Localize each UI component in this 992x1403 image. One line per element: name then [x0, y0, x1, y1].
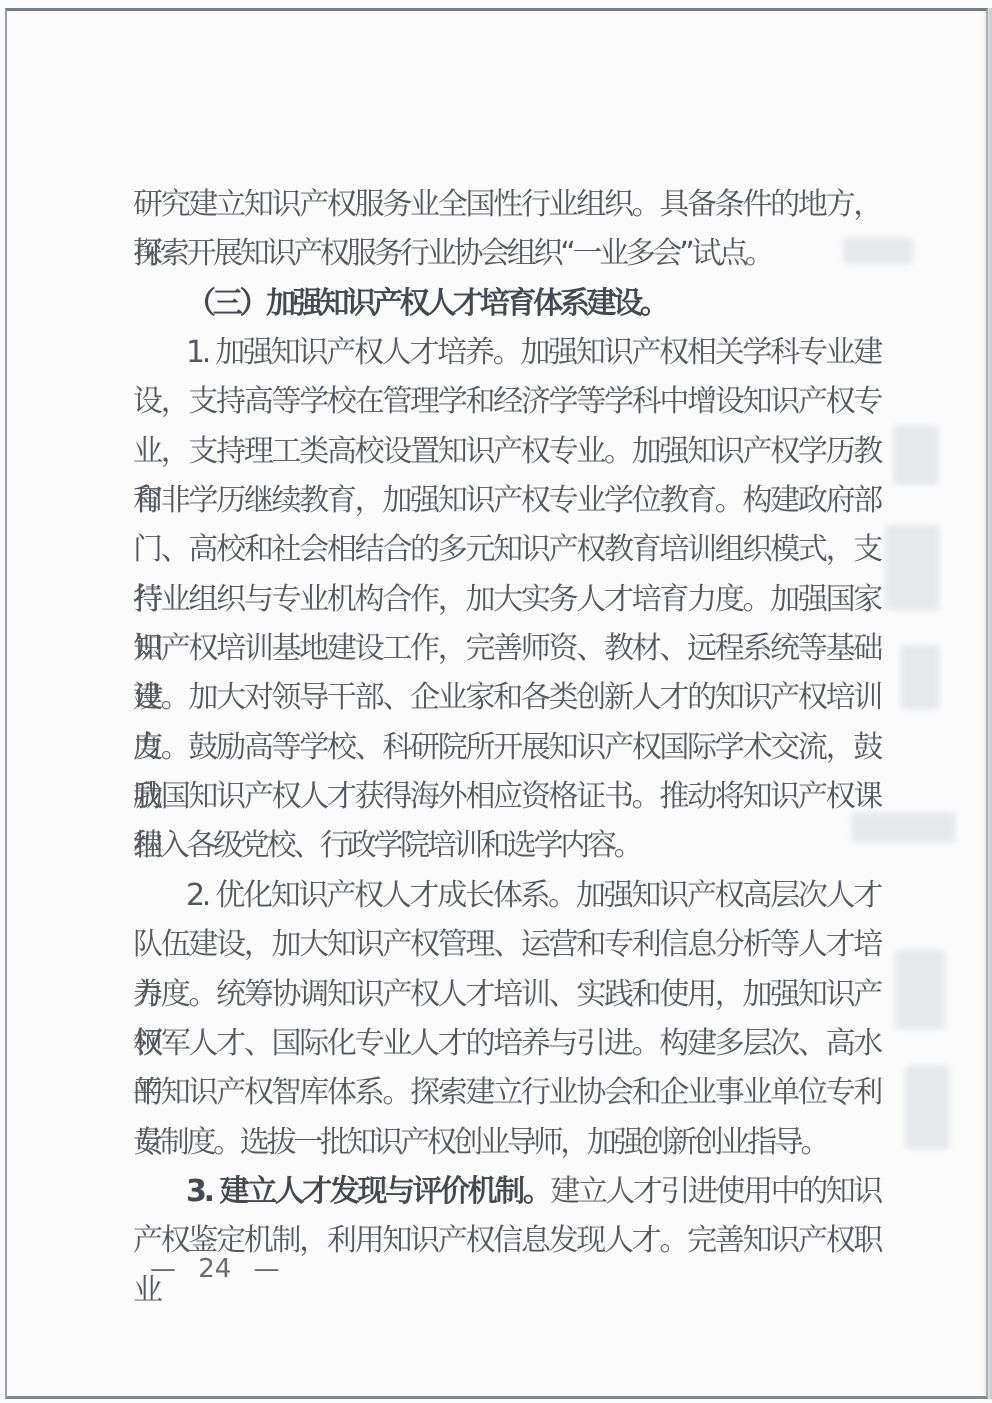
- text-line: 行业组织与专业机构合作，加大实务人才培育力度。加强国家知: [133, 575, 880, 624]
- text-segment: 2. 优化知识产权人才成长体系。加强知识产权高层次人才: [186, 878, 880, 913]
- text-line: 力度。统筹协调知识产权人才培训、实践和使用，加强知识产权: [133, 970, 880, 1019]
- bleed-through-artifact: [905, 1065, 950, 1150]
- text-line: 我国知识产权人才获得海外相应资格证书。推动将知识产权课程: [133, 772, 880, 821]
- bleed-through-artifact: [900, 645, 940, 710]
- text-line: 探索开展知识产权服务行业协会组织“一业多会”试点。: [133, 229, 880, 278]
- bleed-through-artifact: [885, 525, 940, 610]
- text-segment-bold: 3. 建立人才发现与评价机制。: [186, 1174, 550, 1209]
- text-line: 门、高校和社会相结合的多元知识产权教育培训组织模式，支持: [133, 525, 880, 574]
- text-line: 业，支持理工类高校设置知识产权专业。加强知识产权学历教育: [133, 427, 880, 476]
- text-line: 设。加大对领导干部、企业家和各类创新人才的知识产权培训力: [133, 673, 880, 722]
- text-line: 识产权培训基地建设工作，完善师资、教材、远程系统等基础建: [133, 624, 880, 673]
- text-line: 1. 加强知识产权人才培养。加强知识产权相关学科专业建: [133, 328, 880, 377]
- text-segment: 纳入各级党校、行政学院培训和选学内容。: [133, 828, 640, 863]
- text-segment-bold: （三）加强知识产权人才培育体系建设。: [186, 286, 667, 321]
- scan-edge-shadow: [983, 8, 992, 1399]
- text-line: 员制度。选拔一批知识产权创业导师，加强创新创业指导。: [133, 1118, 880, 1167]
- text-line: 纳入各级党校、行政学院培训和选学内容。: [133, 821, 880, 870]
- text-line: 和非学历继续教育，加强知识产权专业学位教育。构建政府部: [133, 476, 880, 525]
- text-line: 设，支持高等学校在管理学和经济学等学科中增设知识产权专: [133, 377, 880, 426]
- document-body: 研究建立知识产权服务业全国性行业组织。具备条件的地方，可探索开展知识产权服务行业…: [133, 180, 880, 1266]
- text-line: （三）加强知识产权人才培育体系建设。: [133, 279, 880, 328]
- text-segment: 探索开展知识产权服务行业协会组织“一业多会”试点。: [133, 236, 772, 271]
- text-line: 2. 优化知识产权人才成长体系。加强知识产权高层次人才: [133, 871, 880, 920]
- text-line: 队伍建设，加大知识产权管理、运营和专利信息分析等人才培养: [133, 920, 880, 969]
- text-line: 3. 建立人才发现与评价机制。建立人才引进使用中的知识: [133, 1167, 880, 1216]
- text-segment: 设，支持高等学校在管理学和经济学等学科中增设知识产权专: [133, 384, 880, 419]
- text-segment: 和非学历继续教育，加强知识产权专业学位教育。构建政府部: [133, 483, 880, 518]
- text-line: 领军人才、国际化专业人才的培养与引进。构建多层次、高水平: [133, 1019, 880, 1068]
- text-line: 研究建立知识产权服务业全国性行业组织。具备条件的地方，可: [133, 180, 880, 229]
- page-number: — 24 —: [150, 1254, 280, 1284]
- bleed-through-artifact: [893, 425, 938, 485]
- text-segment: 员制度。选拔一批知识产权创业导师，加强创新创业指导。: [133, 1125, 827, 1160]
- text-line: 度。鼓励高等学校、科研院所开展知识产权国际学术交流，鼓励: [133, 723, 880, 772]
- text-segment: 建立人才引进使用中的知识: [550, 1174, 880, 1209]
- text-line: 的知识产权智库体系。探索建立行业协会和企业事业单位专利专: [133, 1068, 880, 1117]
- scanned-page: 研究建立知识产权服务业全国性行业组织。具备条件的地方，可探索开展知识产权服务行业…: [0, 0, 992, 1403]
- bleed-through-artifact: [895, 950, 945, 1030]
- text-segment: 1. 加强知识产权人才培养。加强知识产权相关学科专业建: [186, 335, 880, 370]
